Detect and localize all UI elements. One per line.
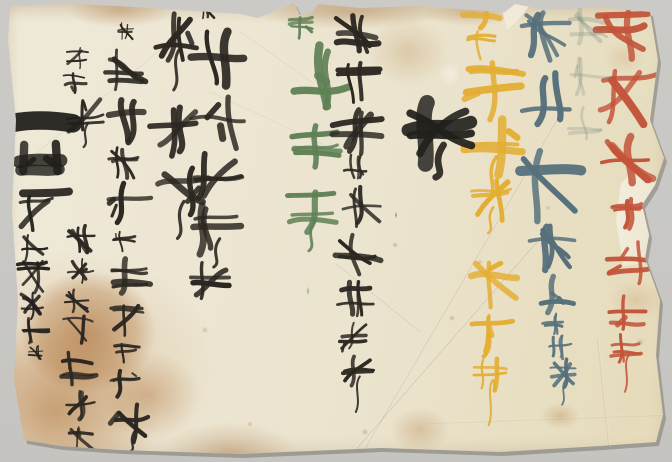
calligraphy-glyph [336,58,382,104]
calligraphy-glyph [18,290,48,320]
calligraphy-glyph [528,220,580,272]
calligraphy-glyph [542,312,566,336]
calligraphy-glyph [468,176,514,234]
calligraphy-glyph [108,256,152,300]
calligraphy-glyph [290,122,342,174]
calligraphy-glyph [598,132,656,190]
calligraphy-glyph [520,70,578,128]
calligraphy-glyph [150,12,204,92]
calligraphy-glyph [458,0,506,34]
calligraphy-glyph [152,162,210,240]
calligraphy-glyph [460,112,526,202]
calligraphy-glyph [106,182,152,228]
calligraphy-glyph [16,190,60,234]
calligraphy-glyph [288,14,314,40]
calligraphy-glyph [566,6,610,50]
calligraphy-glyph [340,184,384,228]
calligraphy-glyph [62,388,98,424]
ink-column-black-other-territory [0,0,672,462]
calligraphy-glyph [190,202,244,268]
calligraphy-glyph [22,176,70,224]
calligraphy-glyph [404,96,476,178]
calligraphy-glyph [62,314,96,348]
calligraphy-glyph [286,186,338,252]
calligraphy-glyph [114,340,140,366]
calligraphy-glyph [596,66,658,128]
ink-column-black-ki-six-tsubo [0,0,672,462]
calligraphy-glyph [546,334,572,360]
calligraphy-glyph [188,150,244,206]
calligraphy-glyph [338,320,370,352]
calligraphy-glyph [148,104,204,160]
calligraphy-glyph [594,8,650,64]
calligraphy-glyph [196,0,216,20]
calligraphy-glyph [14,258,50,294]
ink-column-black-tally-total [0,0,672,462]
calligraphy-glyph [608,294,648,334]
ink-column-black-kana-mark [0,0,672,462]
calligraphy-glyph [332,10,380,58]
calligraphy-glyph [102,94,152,144]
calligraphy-glyph [610,196,646,232]
calligraphy-glyph [566,54,612,100]
calligraphy-glyph [334,230,382,278]
calligraphy-glyph [188,258,234,304]
ink-column-ghost-ink-offset [0,0,672,462]
calligraphy-layer [0,0,672,462]
calligraphy-glyph [466,254,522,310]
calligraphy-glyph [20,316,50,346]
calligraphy-glyph [472,354,510,428]
calligraphy-glyph [186,24,254,92]
ink-column-green-hagi-note [0,0,672,462]
calligraphy-glyph [64,224,96,256]
calligraphy-glyph [66,258,94,286]
calligraphy-glyph [110,368,142,400]
calligraphy-glyph [548,358,580,406]
calligraphy-glyph [566,104,606,144]
calligraphy-glyph [610,332,644,394]
calligraphy-glyph [336,280,376,320]
calligraphy-glyph [514,146,592,224]
calligraphy-glyph [60,350,98,388]
ink-column-black-years-note [0,0,672,462]
calligraphy-glyph [112,402,154,452]
ink-column-blue-river-note [0,0,672,462]
calligraphy-glyph [330,104,386,160]
calligraphy-glyph [284,42,356,114]
calligraphy-glyph [62,70,88,96]
calligraphy-glyph [12,98,74,160]
ink-column-black-tsubo-list [0,0,672,462]
calligraphy-glyph [110,302,146,338]
calligraphy-glyph [538,272,580,314]
calligraphy-glyph [108,146,142,180]
calligraphy-glyph [516,6,572,62]
ink-column-black-village-total [0,0,672,462]
scanned-manuscript-page: { "scan": { "description": "Aged Japanes… [0,0,672,462]
ink-column-black-parcel-note [0,0,672,462]
calligraphy-glyph [64,288,90,314]
calligraphy-glyph [112,230,136,254]
calligraphy-glyph [190,94,252,156]
calligraphy-glyph [470,314,514,358]
calligraphy-glyph [466,30,498,62]
calligraphy-glyph [66,96,106,148]
calligraphy-glyph [20,234,48,262]
calligraphy-glyph [28,344,44,360]
calligraphy-glyph [64,44,90,70]
calligraphy-glyph [340,152,370,182]
ink-column-red-road-note [0,0,672,462]
ink-column-yellow-shrine-note [0,0,672,462]
calligraphy-glyph [116,22,134,40]
manuscript-paper [0,0,672,462]
calligraphy-glyph [464,60,526,122]
calligraphy-glyph [104,48,148,92]
calligraphy-glyph [340,352,376,414]
calligraphy-glyph [18,136,62,180]
